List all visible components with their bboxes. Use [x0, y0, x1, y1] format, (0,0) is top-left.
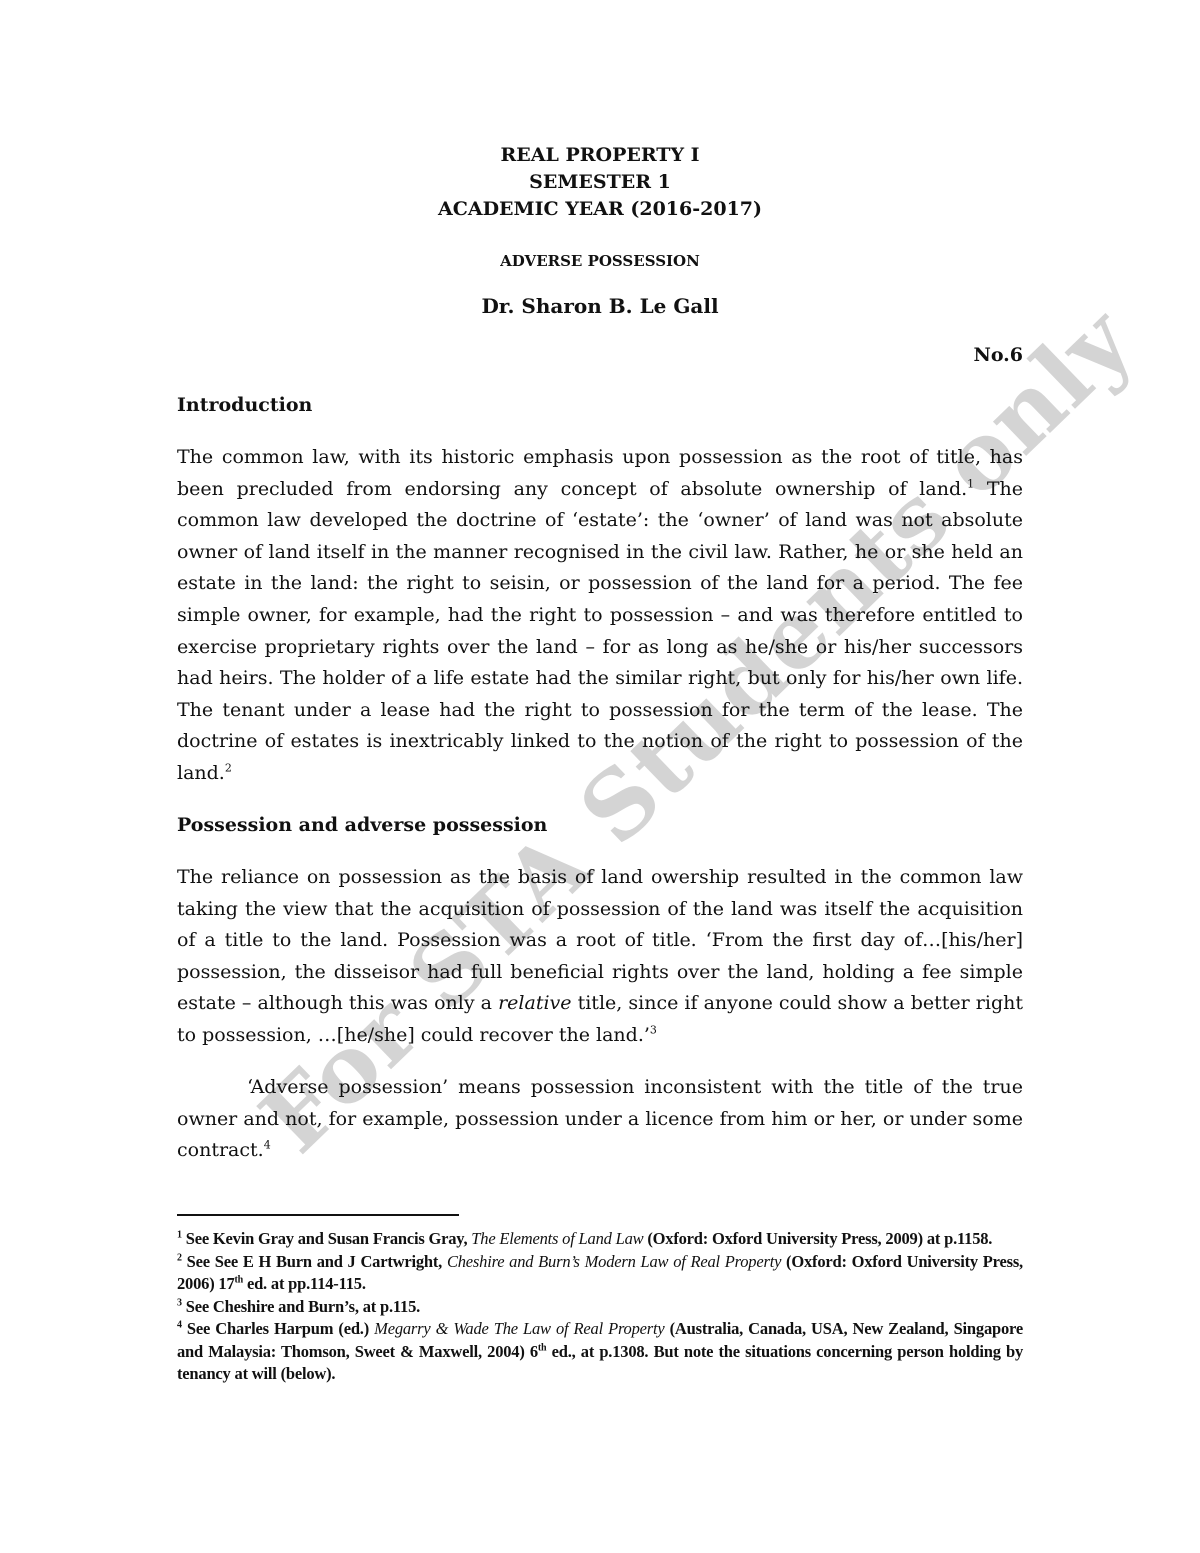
footnote-divider — [177, 1214, 459, 1216]
course-title: REAL PROPERTY I — [177, 142, 1023, 169]
paragraph-text: ‘Adverse possession’ means possession in… — [177, 1076, 1023, 1161]
topic-title: ADVERSE POSSESSION — [177, 252, 1023, 270]
footnote-ref-3[interactable]: 3 — [650, 1024, 657, 1037]
paragraph-adverse-possession-definition: ‘Adverse possession’ means possession in… — [177, 1072, 1023, 1167]
footnote-3: 3 See Cheshire and Burn’s, at p.115. — [177, 1296, 1023, 1319]
footnote-2: 2 See See E H Burn and J Cartwright, Che… — [177, 1251, 1023, 1296]
document-page: For STA Students only REAL PROPERTY I SE… — [0, 0, 1200, 1553]
footnote-text: See Charles Harpum (ed.) — [182, 1319, 374, 1338]
footnote-1: 1 See Kevin Gray and Susan Francis Gray,… — [177, 1228, 1023, 1251]
book-title: Megarry & Wade The Law of Real Property — [374, 1319, 664, 1338]
footnotes: 1 See Kevin Gray and Susan Francis Gray,… — [177, 1228, 1023, 1386]
document-number: No.6 — [973, 344, 1023, 366]
book-title: The Elements of Land Law — [471, 1229, 643, 1248]
footnote-text: ed. at pp.114-115. — [243, 1274, 366, 1293]
footnote-text: See Cheshire and Burn’s, at p.115. — [182, 1297, 420, 1316]
section-heading-introduction: Introduction — [177, 394, 312, 416]
book-title: Cheshire and Burn’s Modern Law of Real P… — [447, 1252, 781, 1271]
paragraph-text: The common law, with its historic emphas… — [177, 446, 1023, 500]
emphasis-relative: relative — [498, 992, 571, 1014]
footnote-text: See See E H Burn and J Cartwright, — [182, 1252, 447, 1271]
academic-year: ACADEMIC YEAR (2016-2017) — [177, 196, 1023, 223]
footnote-4: 4 See Charles Harpum (ed.) Megarry & Wad… — [177, 1318, 1023, 1386]
section-heading-possession: Possession and adverse possession — [177, 814, 547, 836]
paragraph-possession: The reliance on possession as the basis … — [177, 862, 1023, 1052]
footnote-ref-2[interactable]: 2 — [225, 762, 232, 775]
semester-label: SEMESTER 1 — [177, 169, 1023, 196]
title-block: REAL PROPERTY I SEMESTER 1 ACADEMIC YEAR… — [177, 142, 1023, 223]
footnote-text: See Kevin Gray and Susan Francis Gray, — [182, 1229, 471, 1248]
footnote-ref-4[interactable]: 4 — [264, 1139, 271, 1152]
ordinal-suffix: th — [235, 1275, 244, 1286]
footnote-text: (Oxford: Oxford University Press, 2009) … — [643, 1229, 992, 1248]
author-name: Dr. Sharon B. Le Gall — [177, 294, 1023, 318]
paragraph-introduction: The common law, with its historic emphas… — [177, 442, 1023, 790]
paragraph-text: The common law developed the doctrine of… — [177, 478, 1023, 784]
